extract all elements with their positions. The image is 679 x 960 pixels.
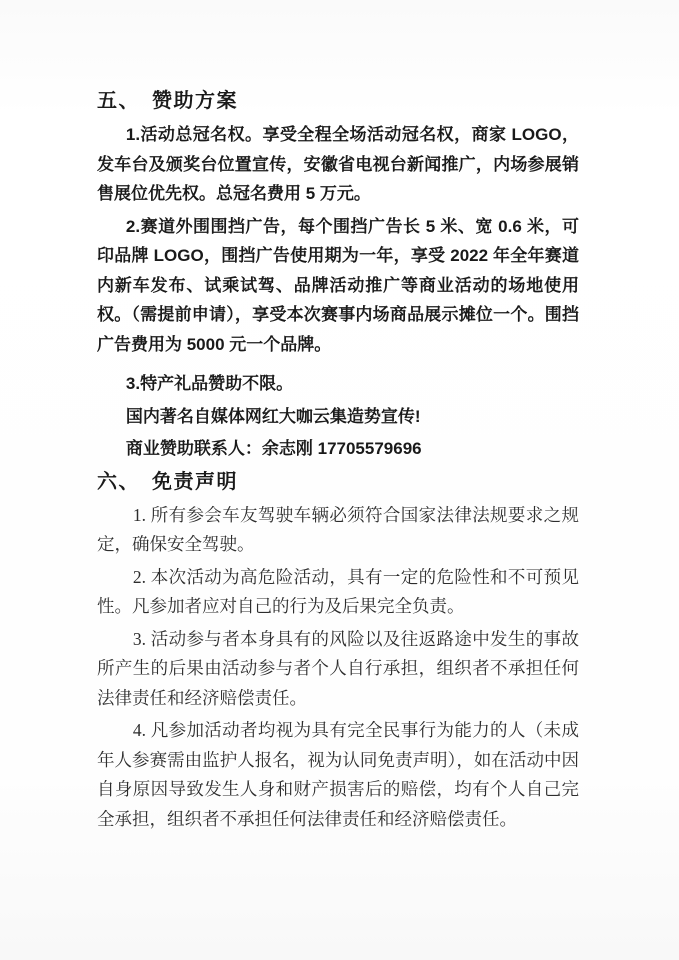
disclaimer-heading-title: 免责声明 <box>152 471 238 493</box>
disclaimer-item-high-risk: 2. 本次活动为高危险活动，具有一定的危险性和不可预见性。凡参加者应对自己的行为… <box>97 563 579 622</box>
section-disclaimer: 六、免责声明 1. 所有参会车友驾驶车辆必须符合国家法律法规要求之规定，确保安全… <box>97 467 579 835</box>
disclaimer-item-personal-liability: 3. 活动参与者本身具有的风险以及往返路途中发生的事故所产生的后果由活动参与者个… <box>97 625 579 714</box>
sponsorship-paragraph-gifts: 3.特产礼品赞助不限。 <box>97 369 579 399</box>
disclaimer-item-civil-capacity: 4. 凡参加活动者均视为具有完全民事行为能力的人（未成年人参赛需由监护人报名，视… <box>97 716 579 834</box>
disclaimer-heading-number: 六、 <box>97 471 140 493</box>
sponsorship-heading-number: 五、 <box>97 90 140 112</box>
document-page: 五、赞助方案 1.活动总冠名权。享受全程全场活动冠名权，商家 LOGO，发车台及… <box>0 0 679 960</box>
sponsorship-contact-line: 商业赞助联系人：余志刚 17705579696 <box>97 434 579 464</box>
sponsorship-heading: 五、赞助方案 <box>97 86 579 116</box>
sponsorship-paragraph-title-naming: 1.活动总冠名权。享受全程全场活动冠名权，商家 LOGO，发车台及颁奖台位置宣传… <box>97 120 579 209</box>
disclaimer-heading: 六、免责声明 <box>97 467 579 497</box>
sponsorship-paragraph-media-promo: 国内著名自媒体网红大咖云集造势宣传! <box>97 402 579 432</box>
sponsorship-paragraph-fence-ads: 2.赛道外围围挡广告，每个围挡广告长 5 米、宽 0.6 米，可印品牌 LOGO… <box>97 212 579 360</box>
disclaimer-item-law-compliance: 1. 所有参会车友驾驶车辆必须符合国家法律法规要求之规定，确保安全驾驶。 <box>97 501 579 560</box>
section-sponsorship: 五、赞助方案 1.活动总冠名权。享受全程全场活动冠名权，商家 LOGO，发车台及… <box>97 86 579 464</box>
sponsorship-heading-title: 赞助方案 <box>152 90 238 112</box>
